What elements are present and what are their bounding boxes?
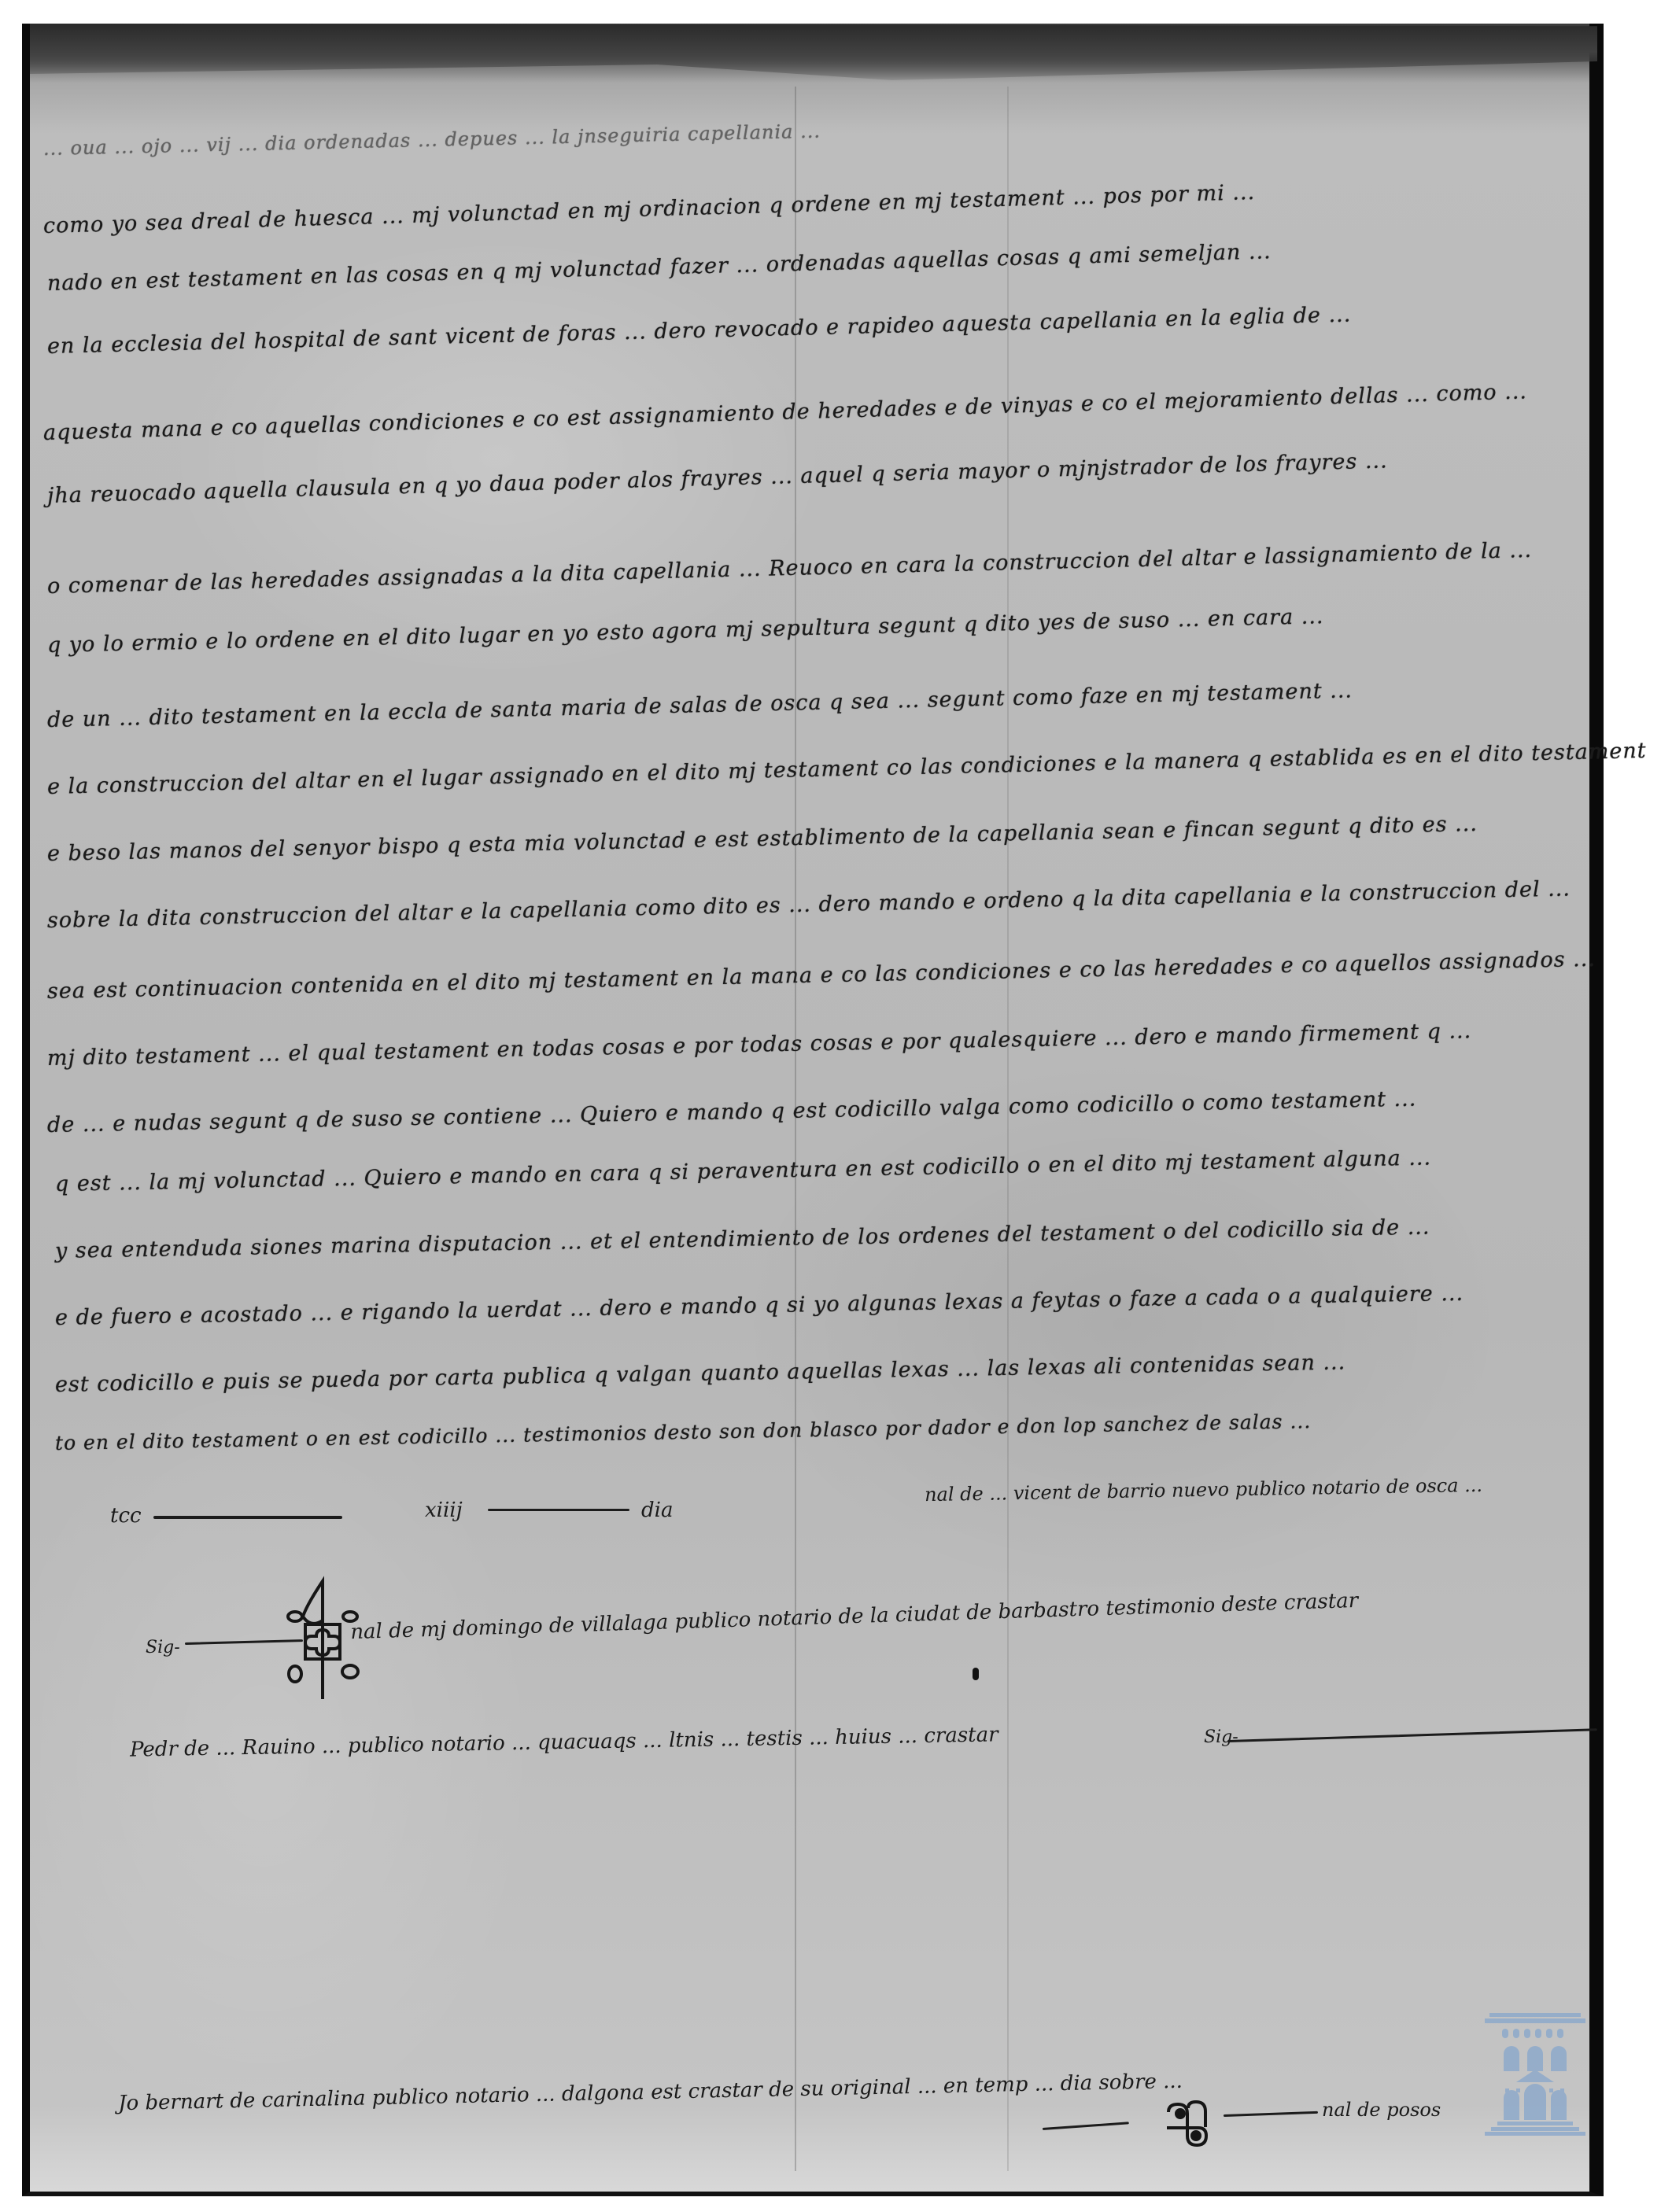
signum-prefix: Sig-: [146, 1638, 180, 1657]
notarial-knot-signum-icon: [1157, 2096, 1220, 2151]
subscription-suffix: Sig-: [1204, 1727, 1238, 1747]
archive-building-logo-icon: [1485, 2010, 1585, 2136]
ink-blot: [973, 1668, 979, 1680]
date-day-numeral: xiiij: [425, 1499, 463, 1522]
date-month-word: dia: [641, 1499, 673, 1522]
date-year-numeral: tcc: [110, 1504, 142, 1528]
subscription-tail: nal de posos: [1322, 2099, 1441, 2121]
date-rule: [153, 1516, 342, 1519]
date-rule: [488, 1509, 629, 1511]
